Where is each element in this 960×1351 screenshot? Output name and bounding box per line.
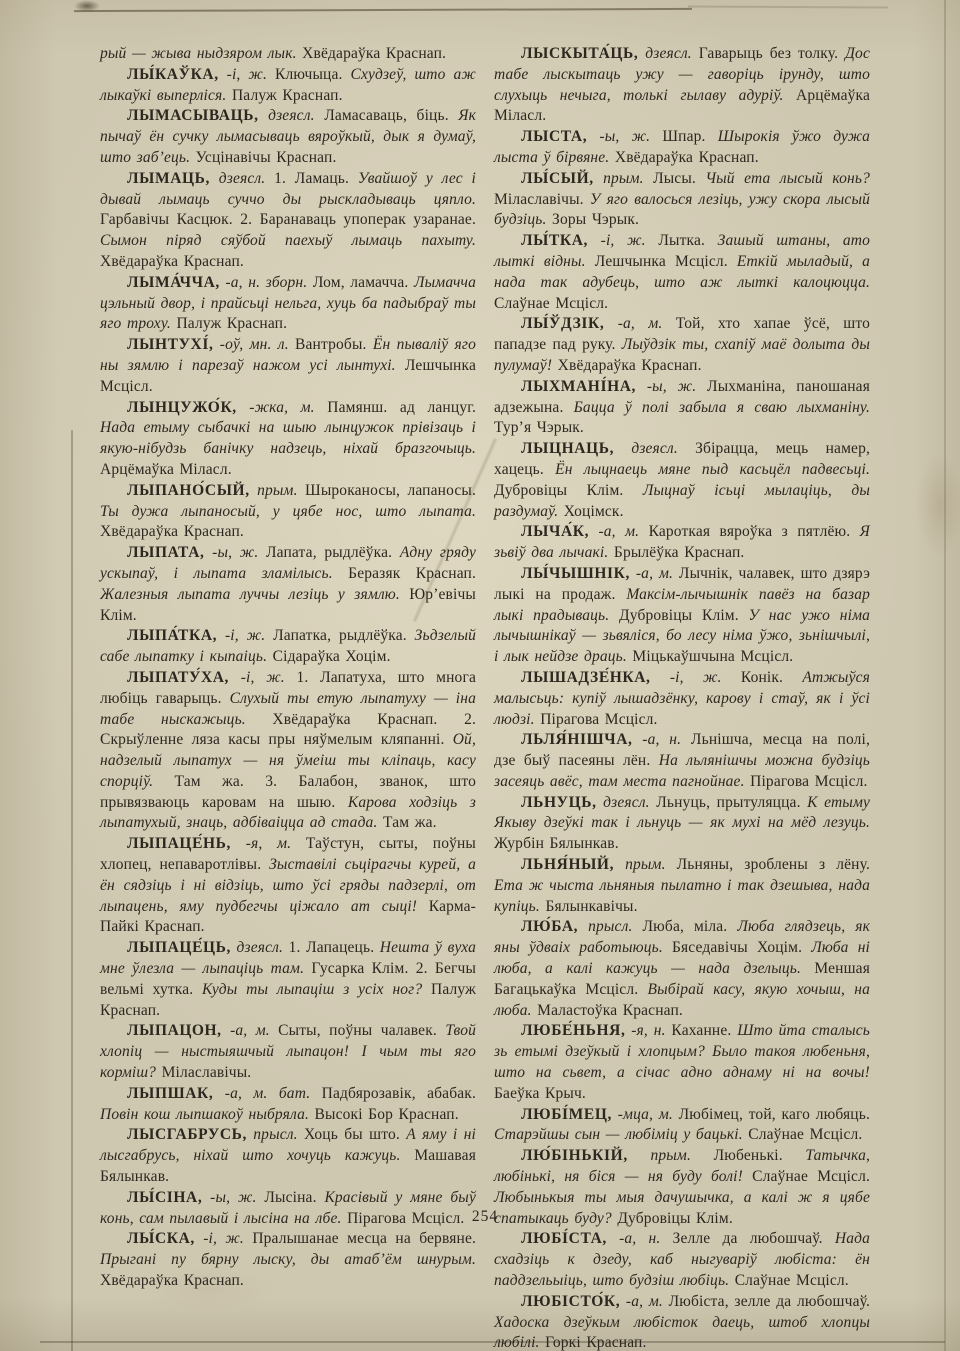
dictionary-entry: ЛЫШАДЗЕ́НКА, -і, ж. Конік. Атжыўся малыс… [494,668,870,730]
headword: ЛЫСГАБРУСЬ, [127,1126,247,1143]
dictionary-entry: ЛЫПАЦОН, -а, м. Сыты, поўны чалавек. Тво… [100,1021,476,1083]
entry-italic-text: -ы, ж. [587,128,650,145]
dictionary-entry: ЛЮБІСТО́К, -а, м. Любіста, зелле да любо… [494,1292,870,1351]
entry-regular-text: Зелле да любошчаў. [660,1230,834,1247]
entry-italic-text: -і, ж. [651,669,722,686]
headword: ЛЬНЯ́НЫЙ, [521,856,614,873]
entry-italic-text: дзеясл. [210,170,265,187]
entry-italic-text: -я, н. [625,1022,665,1039]
dictionary-entry: ЛЫПАЦЕ́ЦЬ, дзеясл. 1. Лапацець. Нешта ў … [100,938,476,1021]
entry-italic-text: дзеясл. [597,794,650,811]
page-edge-top [74,8,692,12]
entry-italic-text: прым. [628,1147,691,1164]
entry-italic-text: -ы, ж. [636,378,696,395]
entry-regular-text: Пралышанае месца на бервяне. [244,1230,476,1247]
headword: ЛЬНУЦЬ, [521,794,597,811]
entry-regular-text: 1. Ламаць. [265,170,358,187]
entry-italic-text: -оў, мн. л. [213,336,288,353]
entry-regular-text: Лешчынка Мсцісл. [586,253,737,270]
entry-regular-text: Хвёдараўка Краснап. [609,149,758,166]
entry-regular-text: Шпар. [650,128,718,145]
headword: ЛЫ́ТКА, [521,232,588,249]
entry-italic-text: -а, м. бат. [213,1085,310,1102]
entry-regular-text: Бялынкавічы. [540,898,638,915]
entry-regular-text: Хвёдараўка Краснап. [100,523,244,540]
headword: ЛЮ́БА, [521,918,578,935]
entry-regular-text: Арцёмаўка Міласл. [100,461,232,478]
dictionary-entry: ЛЫМАСЫВАЦЬ, дзеясл. Ламасаваць, біць. Як… [100,106,476,168]
dictionary-entry: ЛЫПАТА, -ы, ж. Лапата, рыдлёўка. Адну гр… [100,543,476,626]
entry-regular-text: Брылёўка Краснап. [608,544,744,561]
headword: ЛЫСКЫТА́ЦЬ, [521,45,638,62]
entry-regular-text: Баеўка Крыч. [494,1085,586,1102]
headword: ЛЫ́ЧЫШНІК, [521,565,630,582]
entry-italic-text: -а, м. [630,565,673,582]
dictionary-entry: ЛЫСГАБРУСЬ, прысл. Хоць бы што. А яму і … [100,1125,476,1187]
entry-regular-text: Хоць бы што. [298,1126,407,1143]
page-edge-top-right [688,5,888,8]
entry-italic-text: -і, ж. [229,669,285,686]
entry-italic-text: прысл. [578,918,632,935]
dictionary-entry: ЛЫ́ТКА, -і, ж. Лытка. Зашый штаны, ато л… [494,231,870,314]
entry-regular-text: Бяседавічы Хоцім. [663,939,811,956]
headword: ЛЫСТА, [521,128,587,145]
dictionary-entry: ЛЮ́БА, прысл. Люба, міла. Люба глядзець,… [494,917,870,1021]
entry-italic-text: Сымон піряд сяўбой паехыў лымаць пахыту. [100,232,476,249]
entry-italic-text: -і, ж. [588,232,646,249]
entry-regular-text: Лысы. [644,170,706,187]
entry-regular-text: Конік. [722,669,803,686]
entry-italic-text: -а, н. [607,1230,660,1247]
entry-regular-text: Міцькаўшчына Мсцісл. [627,648,793,665]
entry-regular-text: Хоцімск. [558,503,623,520]
headword: ЛЮБІ́МЕЦ, [521,1106,612,1123]
entry-regular-text: 1. Лапацець. [283,939,380,956]
entry-italic-text: -а, м. [589,523,639,540]
entry-regular-text: Усцінавічы Краснап. [190,149,336,166]
entry-italic-text: -і, ж. [219,66,267,83]
headword: ЛЫМАСЫВАЦЬ, [127,107,259,124]
entry-regular-text: Вантробы. [289,336,373,353]
entry-regular-text: Слаўнае Мсцісл. [494,295,608,312]
entry-regular-text: Мілаславічы. [494,191,590,208]
dictionary-entry: ЛЫСКЫТА́ЦЬ, дзеясл. Гаварыць без толку. … [494,44,870,127]
corner-shadow [74,0,100,12]
dictionary-entry: ЛЫ́СЫЙ, прым. Лысы. Чый ета лысый конь? … [494,169,870,231]
headword: ЛЫМА́ЧЧА, [127,274,220,291]
headword: ЛЫПАТУ́ХА, [127,669,229,686]
dictionary-entry: ЛЫНЦУЖО́К, -жка, м. Памянш. ад ланцуг. Н… [100,398,476,481]
entry-regular-text: Слаўнае Мсцісл. [743,1126,863,1143]
entry-regular-text: Гарбавічы Касцюк. 2. Баранаваць упоперак… [100,211,476,228]
entry-italic-text: дзеясл. [614,440,678,457]
entry-regular-text: Лапата, рыдлёўка. [258,544,399,561]
entry-italic-text: дзеясл. [638,45,691,62]
entry-regular-text: Лытка. [646,232,718,249]
entry-italic-text: Куды ты лыпаціш з усіх ног? [202,981,422,998]
entry-regular-text: Беразяк Краснап. [333,565,476,582]
dictionary-entry: ЛЫПАТУ́ХА, -і, ж. 1. Лапатуха, што многа… [100,668,476,834]
dictionary-entry: ЛЫПА́ТКА, -і, ж. Лапатка, рыдлёўка. Зьдз… [100,626,476,668]
entry-regular-text: Любімец, той, каго любяць. [673,1106,870,1123]
entry-continuation: рый — жыва ныдзяром лык. Хвёдараўка Крас… [100,44,476,65]
entry-regular-text: Тур’я Чэрык. [494,419,584,436]
entry-italic-text: -а, н. [632,731,681,748]
headword: ЛЮБЕ́НЬНЯ, [521,1022,625,1039]
headword: ЛЫПАЦЕ́ЦЬ, [127,939,231,956]
page-edge-right [944,0,946,1351]
entry-regular-text: Лысіна. [257,1189,325,1206]
entry-italic-text: -ы, ж. [205,544,259,561]
entry-italic-text: -жка, м. [237,399,315,416]
headword: ЛЫ́СЫЙ, [521,170,594,187]
entry-italic-text: Повін кош лыпшакоў ныбряла. [100,1106,309,1123]
headword: ЛЮБІСТО́К, [521,1293,620,1310]
entry-regular-text: Дубровіцы Клім. [494,482,643,499]
entry-italic-text: дзеясл. [231,939,283,956]
stain-right-margin [905,430,960,580]
entry-italic-text: Ён лыцнаець мяне пыд касьцёл падвесьці. [555,461,870,478]
dictionary-entry: ЛЫПАНО́СЫЙ, прым. Шыроканосы, лапаносы. … [100,481,476,543]
headword: ЛЬЛЯ́НІШЧА, [521,731,632,748]
dictionary-entry: ЛЫХМАНІ́НА, -ы, ж. Лыхманіна, паношаная … [494,377,870,439]
dictionary-entry: ЛЫ́СКА, -і, ж. Пралышанае месца на бервя… [100,1229,476,1291]
entry-italic-text: Старэйшы сын — любіміц у бацькі. [494,1126,743,1143]
entry-italic-text: -ы, ж. [202,1189,256,1206]
entry-regular-text: Памянш. ад ланцуг. [315,399,476,416]
entry-italic-text: прым. [614,856,666,873]
headword: ЛЫПАТА, [127,544,205,561]
headword: ЛЮБІ́СТА, [521,1230,607,1247]
headword: ЛЫПАЦОН, [127,1022,222,1039]
entry-italic-text: -і, ж. [195,1230,244,1247]
dictionary-entry: ЛЫМАЦЬ, дзеясл. 1. Ламаць. Увайшоў у лес… [100,169,476,273]
entry-italic-text: -а, н. зборн. [220,274,307,291]
entry-regular-text: Льняны, зроблены з лёну. [666,856,870,873]
entry-italic-text: -я, м. [231,835,291,852]
entry-regular-text: Хвёдараўка Краснап. [100,1272,244,1289]
headword: ЛЫЧА́К, [521,523,589,540]
entry-italic-text: прысл. [247,1126,298,1143]
entry-regular-text: Гаварыць без толку. [692,45,845,62]
headword: ЛЫХМАНІ́НА, [521,378,636,395]
headword: ЛЫПШАК, [127,1085,213,1102]
dictionary-entry: ЛЫ́ЧЫШНІК, -а, м. Лычнік, чалавек, што д… [494,564,870,668]
scanned-page: { "page": { "number": "254", "paper_colo… [0,0,960,1351]
entry-italic-text: прым. [250,482,298,499]
headword: ЛЮ́БІНЬКІЙ, [521,1147,628,1164]
dictionary-entry: ЛЬЛЯ́НІШЧА, -а, н. Льнішча, месца на пол… [494,730,870,792]
entry-regular-text: Горкі Краснап. [540,1334,647,1351]
entry-italic-text: Жалезныя лыпата луччы лезіць у зямлю. [100,586,400,603]
headword: ЛЫМАЦЬ, [127,170,210,187]
headword: ЛЫЦНАЦЬ, [521,440,614,457]
dictionary-entry: ЛЬНЯ́НЫЙ, прым. Льняны, зроблены з лёну.… [494,855,870,917]
entry-regular-text: Высокі Бор Краснап. [309,1106,459,1123]
dictionary-entry: ЛЫСТА, -ы, ж. Шпар. Шырокія ўжо дужа лыс… [494,127,870,169]
entry-regular-text: Ламасаваць, біць. [315,107,459,124]
dictionary-entry: ЛЮБІ́МЕЦ, -мца, м. Любімец, той, каго лю… [494,1105,870,1147]
dictionary-entry: ЛЫЦНАЦЬ, дзеясл. Збірацца, мець намер, х… [494,439,870,522]
dictionary-entry: ЛЫЧА́К, -а, м. Кароткая вяроўка з пятлёю… [494,522,870,564]
entry-regular-text: Мілаславічы. [156,1064,251,1081]
dictionary-entry: ЛЫПШАК, -а, м. бат. Падбярозавік, абабак… [100,1084,476,1126]
dictionary-entry: ЛЫНТУХІ́, -оў, мн. л. Вантробы. Ён пывал… [100,335,476,397]
entry-regular-text: Ключыца. [267,66,350,83]
page-number: 254 [100,1208,870,1226]
page-edge-left [71,430,73,1351]
dictionary-entry: ЛЫМА́ЧЧА, -а, н. зборн. Лом, ламачча. Лы… [100,273,476,335]
entry-regular-text: Слаўнае Мсцісл. [729,1272,849,1289]
entry-italic-text: дзеясл. [259,107,315,124]
entry-regular-text: Любенькі. [691,1147,805,1164]
dictionary-entry: ЛЮБЕ́НЬНЯ, -я, н. Каханне. Што йта сталы… [494,1021,870,1104]
entry-italic-text: -а, м. [604,315,662,332]
entry-regular-text: Там жа. [378,814,437,831]
headword: ЛЫНЦУЖО́К, [127,399,237,416]
entry-italic-text: прым. [594,170,644,187]
entry-italic-text: -а, м. [222,1022,270,1039]
dictionary-entry: ЛЫПАЦЕ́НЬ, -я, м. Таўстун, сыты, поўны х… [100,834,476,938]
entry-regular-text: Хвёдараўка Краснап. [302,45,446,62]
entry-regular-text: Люба, міла. [633,918,738,935]
entry-regular-text: Шыроканосы, лапаносы. [298,482,476,499]
dictionary-entry: ЛЫ́КАЎКА, -і, ж. Ключыца. Схудзеў, што а… [100,65,476,107]
entry-regular-text: Дубровіцы Клім. [609,607,748,624]
headword: ЛЫНТУХІ́, [127,336,213,353]
entry-regular-text: Сідараўка Хоцім. [267,648,391,665]
entry-italic-text: -і, ж. [217,627,265,644]
entry-regular-text: Кароткая вяроўка з пятлёю. [639,523,860,540]
entry-regular-text: Каханне. [666,1022,738,1039]
entry-italic-text: рый — жыва ныдзяром лык. [100,45,302,62]
dictionary-entry: ЛЬНУЦЬ, дзеясл. Льнуць, прытуляцца. К ет… [494,793,870,855]
text-block: рый — жыва ныдзяром лык. Хвёдараўка Крас… [100,44,870,1351]
entry-regular-text: Лом, ламачча. [307,274,414,291]
entry-regular-text: Любіста, зелле да любошчаў. [663,1293,870,1310]
entry-regular-text: Маластоўка Краснап. [532,1002,683,1019]
page-paper: рый — жыва ныдзяром лык. Хвёдараўка Крас… [0,0,960,1351]
headword: ЛЫШАДЗЕ́НКА, [521,669,651,686]
entry-italic-text: Чый ета лысый конь? [705,170,870,187]
entry-regular-text: Сыты, поўны чалавек. [270,1022,446,1039]
entry-italic-text: -а, м. [620,1293,663,1310]
entry-regular-text: Палуж Краснап. [226,87,342,104]
text-column-left: рый — жыва ныдзяром лык. Хвёдараўка Крас… [100,44,476,1351]
headword: ЛЫПАНО́СЫЙ, [127,482,250,499]
dictionary-entry: ЛЮБІ́СТА, -а, н. Зелле да любошчаў. Нада… [494,1229,870,1291]
entry-italic-text: Нада етыму сыбачкі на шыю лынцужок пріві… [100,419,476,457]
entry-regular-text: Зоры Чэрык. [547,211,640,228]
entry-regular-text: Хвёдараўка Краснап. [552,357,701,374]
entry-regular-text: Льнуць, прытуляцца. [650,794,807,811]
entry-regular-text: Журбін Бялынкав. [494,835,619,852]
entry-regular-text: Падбярозавік, абабак. [310,1085,476,1102]
headword: ЛЫ́СКА, [127,1230,195,1247]
headword: ЛЫПА́ТКА, [127,627,217,644]
headword: ЛЫ́КАЎКА, [127,66,219,83]
entry-italic-text: Бацца ў полі забыла я сваю лыхманіну. [574,399,870,416]
entry-italic-text: Прыгані пу бярну лыску, ды атаб’ём шнуры… [100,1251,476,1268]
entry-italic-text: Ты дужа лыпаносый, у цябе нос, што лыпат… [100,503,476,520]
headword: ЛЫПАЦЕ́НЬ, [127,835,231,852]
entry-regular-text: Пірагова Мсцісл. [745,773,868,790]
entry-italic-text: -мца, м. [612,1106,673,1123]
text-column-right: ЛЫСКЫТА́ЦЬ, дзеясл. Гаварыць без толку. … [494,44,870,1351]
entry-regular-text: Лапатка, рыдлёўка. [265,627,414,644]
headword: ЛЫ́СІНА, [127,1189,202,1206]
entry-regular-text: Палуж Краснап. [171,315,287,332]
headword: ЛЫ́ЎДЗІК, [521,315,604,332]
dictionary-entry: ЛЫ́ЎДЗІК, -а, м. Той, хто хапае ўсё, што… [494,314,870,376]
entry-regular-text: Хвёдараўка Краснап. [100,253,244,270]
entry-regular-text: Пірагова Мсцісл. [535,711,658,728]
entry-regular-text: Слаўнае Мсцісл. [743,1168,870,1185]
